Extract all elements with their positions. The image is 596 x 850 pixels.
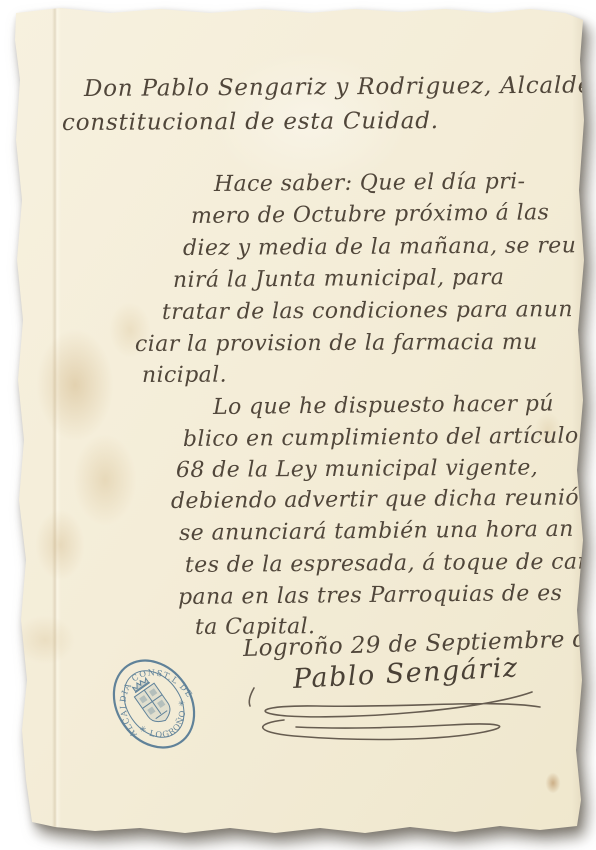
body-line: 68 de la Ley municipal vigente, xyxy=(176,455,538,483)
body-line: diez y media de la mañana, se reu xyxy=(183,233,576,261)
heading-line: constitucional de esta Cuidad. xyxy=(62,108,439,136)
flourish-tick xyxy=(249,688,254,706)
document-paper: Don Pablo Sengariz y Rodriguez, Alcalde … xyxy=(0,0,596,850)
official-stamp: ALCALDIA CONST.L DE ✳ LOGROÑO ✳ xyxy=(95,638,213,766)
body-line: Lo que he dispuesto hacer pú xyxy=(213,391,554,420)
body-line: mero de Octubre próximo á las xyxy=(191,200,550,229)
body-line: nirá la Junta municipal, para xyxy=(173,265,505,293)
body-line: nicipal. xyxy=(142,363,227,388)
signature-flourish xyxy=(232,686,552,744)
body-line: pana en las tres Parroquias de es xyxy=(178,581,563,610)
body-line: tes de la espresada, á toque de cam xyxy=(185,549,596,578)
flourish-upper xyxy=(265,692,540,717)
paper-shadow-wrap: Don Pablo Sengariz y Rodriguez, Alcalde … xyxy=(0,0,596,850)
heading-line: Don Pablo Sengariz y Rodriguez, Alcalde xyxy=(84,72,592,102)
body-line: tratar de las condiciones para anun xyxy=(162,297,573,325)
flourish-loop xyxy=(263,720,500,739)
body-line: ciar la provision de la farmacia mu xyxy=(135,330,538,357)
body-line: Hace saber: Que el día pri- xyxy=(214,169,526,197)
body-line: blico en cumplimiento del artículo xyxy=(183,424,579,452)
body-line: debiendo advertir que dicha reunión xyxy=(171,485,594,514)
scan-background: Don Pablo Sengariz y Rodriguez, Alcalde … xyxy=(0,0,596,850)
body-line: se anunciará también una hora an xyxy=(179,517,574,546)
